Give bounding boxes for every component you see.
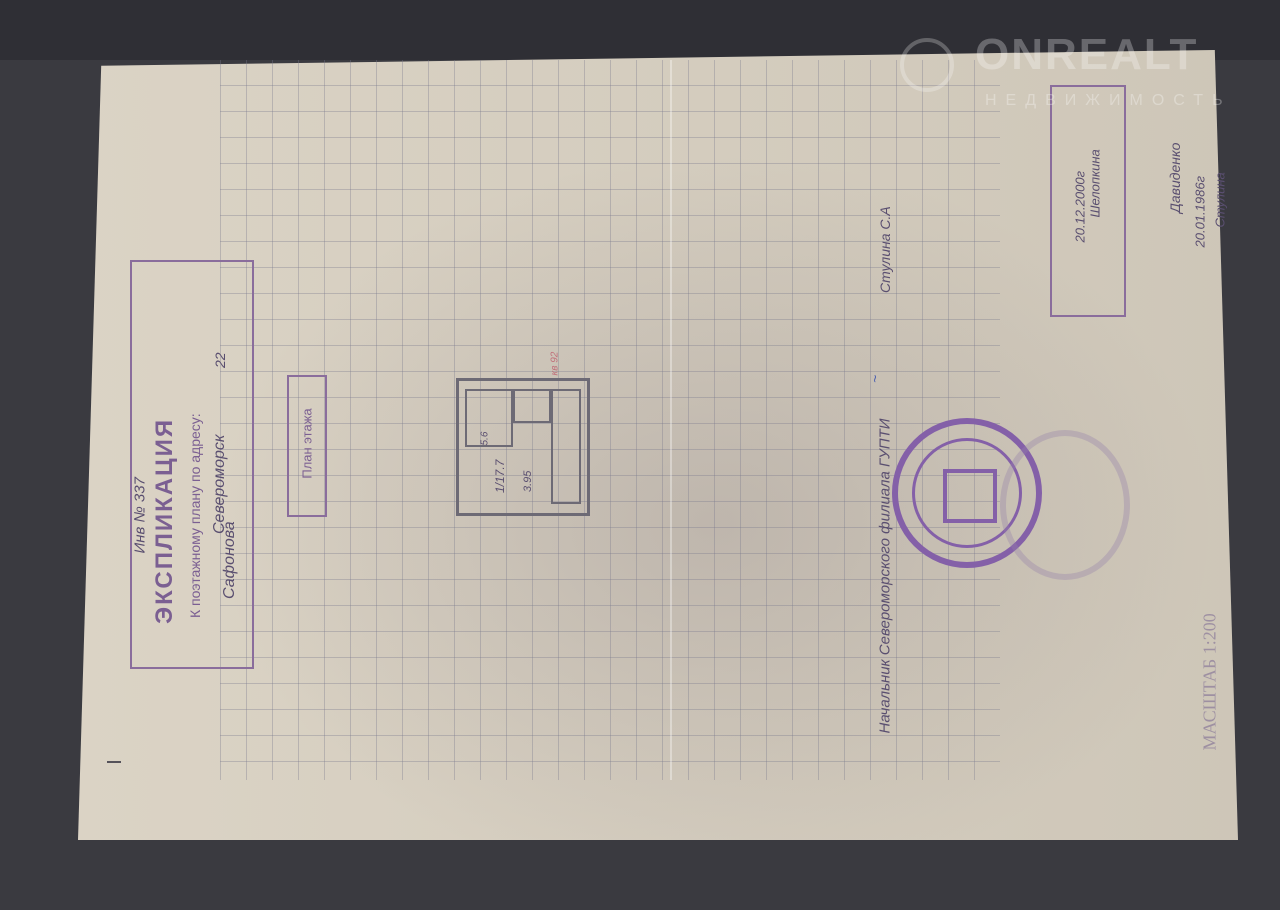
signature: ~: [867, 323, 883, 383]
right-name2: Стулина: [1213, 108, 1228, 228]
room-hall: [551, 389, 581, 504]
room-bath: [513, 389, 551, 423]
apartment-mark: кв 92: [550, 316, 561, 376]
title-line1: К поэтажному плану по адресу:: [187, 288, 203, 618]
fold-line: [670, 60, 672, 780]
floor-stamp: План этажа: [300, 379, 315, 509]
title-heading: ЭКСПЛИКАЦИЯ: [151, 294, 179, 624]
house-number: 22: [212, 308, 228, 368]
onrealt-logo-icon: [900, 38, 954, 92]
scale-label: МАСШТАБ 1:200: [1200, 571, 1221, 751]
stamp-date: 20.12.2000г: [1073, 123, 1088, 243]
faded-seal: [1000, 430, 1130, 580]
signatory-position: Начальник Североморского филиала ГУПТИ: [877, 404, 894, 734]
inventory-number: Инв № 337: [132, 314, 149, 554]
room-1-area: 1/17.7: [493, 433, 507, 493]
watermark-subtitle: НЕДВИЖИМОСТЬ: [985, 92, 1232, 110]
room-kitchen-area: 5.6: [480, 386, 491, 446]
edge-mark: [107, 761, 121, 763]
dim-length: 3.95: [522, 432, 534, 492]
stamp-checked-by: Шелопкина: [1088, 98, 1103, 218]
right-date: 20.01.1986г: [1193, 128, 1208, 248]
street: Сафонова: [221, 439, 239, 599]
building-emblem-icon: [943, 469, 997, 523]
right-name1: Давиденко: [1167, 93, 1183, 213]
signatory-name: Стулина С.А: [877, 183, 893, 293]
watermark-brand: ONREALT: [975, 30, 1198, 80]
